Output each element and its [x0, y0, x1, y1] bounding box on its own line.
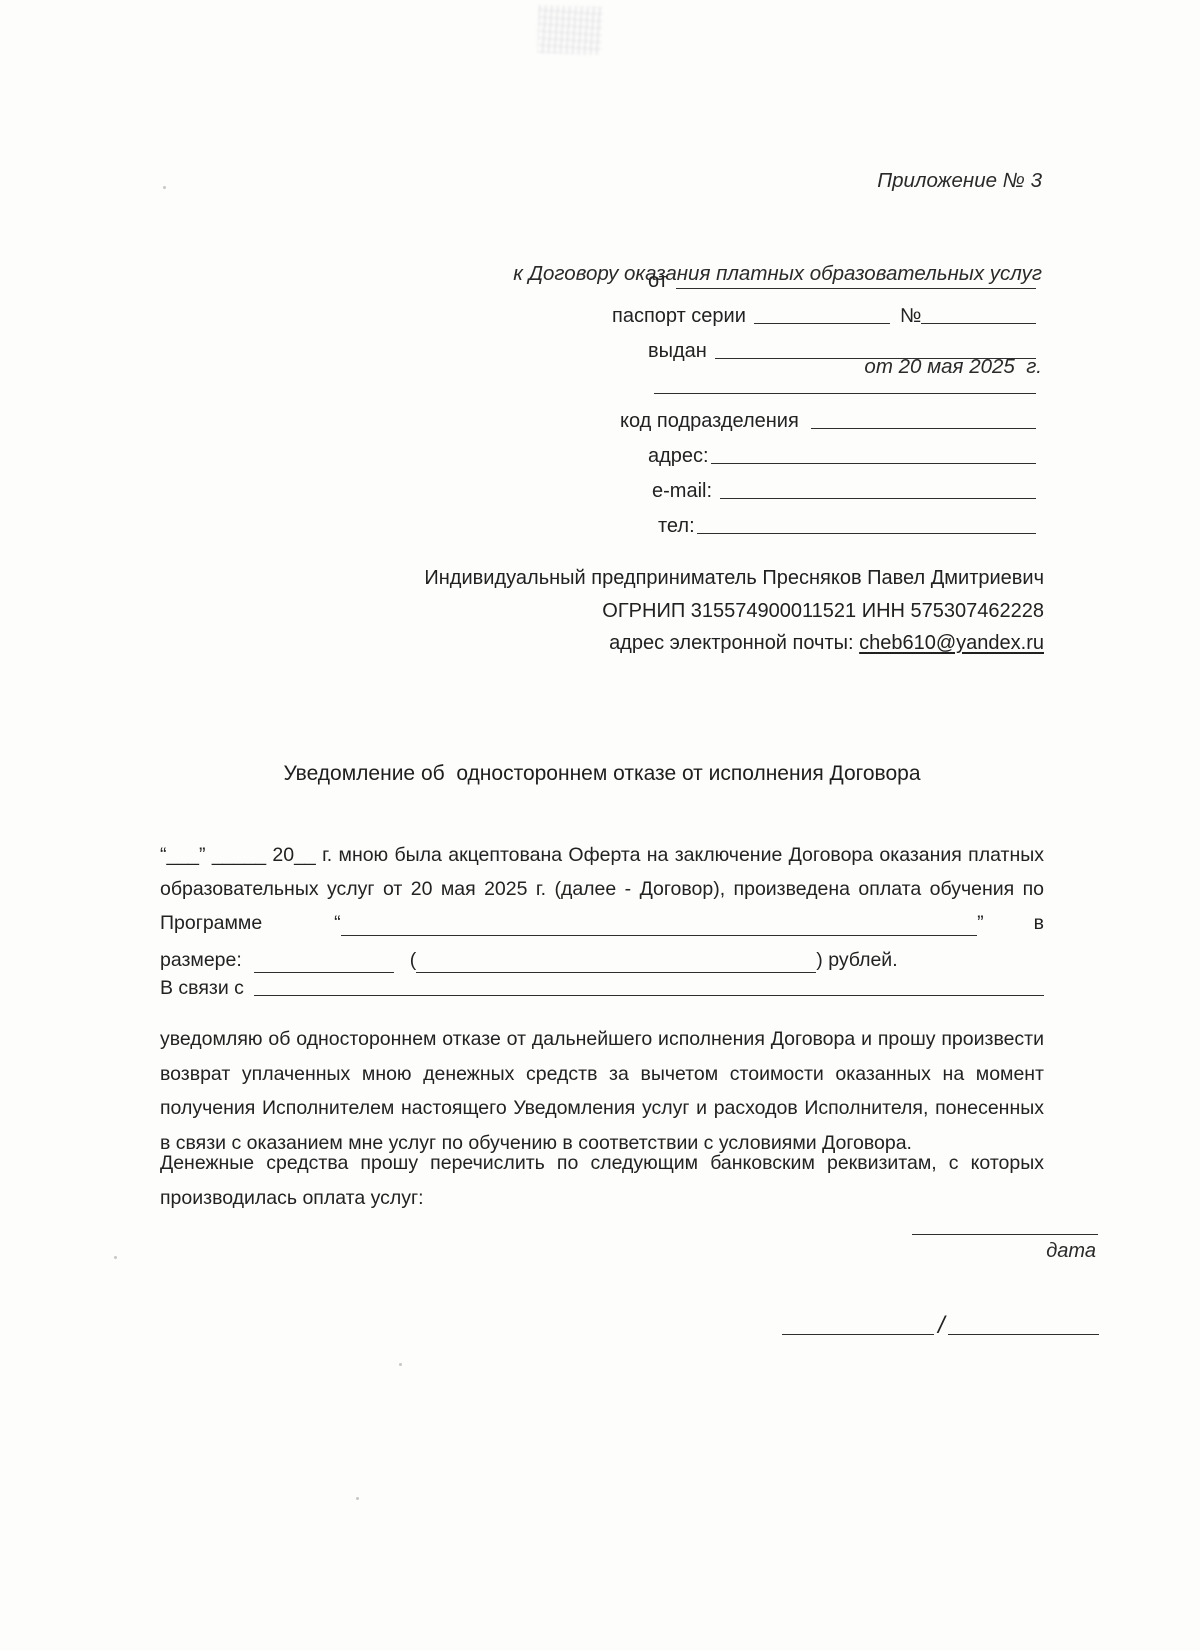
passport-series-blank-line	[754, 323, 890, 324]
applicant-form: от паспорт серии № выдан код подразделен…	[612, 258, 1036, 538]
reason-label: В связи с	[160, 977, 254, 1000]
scanned-document-page: Приложение № 3 к Договору оказания платн…	[0, 0, 1200, 1650]
signature-blank-line	[782, 1334, 934, 1335]
department-code-label: код подразделения	[620, 410, 811, 433]
passport-number-blank-line	[921, 323, 1036, 324]
signature-row: /	[782, 1314, 1099, 1335]
address-blank-line	[711, 463, 1036, 464]
provider-email-line: адрес электронной почты: cheb610@yandex.…	[424, 627, 1044, 660]
date-block: дата	[912, 1219, 1098, 1263]
provider-ogrnip-inn: ОГРНИП 315574900011521 ИНН 575307462228	[424, 595, 1044, 628]
programme-in-word: в	[1034, 906, 1044, 940]
email-label: e-mail:	[652, 480, 720, 503]
scan-speck	[114, 1256, 117, 1259]
department-code-blank-line	[811, 428, 1036, 429]
signature-name-blank-line	[948, 1334, 1099, 1335]
phone-blank-line	[697, 533, 1036, 534]
email-blank-line	[720, 498, 1036, 499]
issued-blank-line	[715, 358, 1036, 359]
passport-series-label: паспорт серии	[612, 305, 754, 328]
form-row-department-code: код подразделения	[612, 398, 1036, 433]
programme-label: Программе	[160, 906, 262, 940]
from-blank-line	[676, 288, 1036, 289]
form-row-passport: паспорт серии №	[612, 293, 1036, 328]
date-blank-line	[912, 1219, 1098, 1235]
provider-email-label: адрес электронной почты:	[609, 632, 859, 654]
form-row-from: от	[612, 258, 1036, 293]
paragraph-refusal: уведомляю об одностороннем отказе от дал…	[160, 1022, 1044, 1160]
paragraph-offer: “___” _____ 20__ г. мною была акцептован…	[160, 838, 1044, 977]
issued-label: выдан	[648, 340, 715, 363]
form-row-issued-continuation	[612, 363, 1036, 398]
provider-email: cheb610@yandex.ru	[859, 632, 1044, 654]
provider-name: Индивидуальный предприниматель Пресняков…	[424, 562, 1044, 595]
scan-artifact	[537, 5, 603, 55]
form-row-address: адрес:	[612, 433, 1036, 468]
scan-speck	[399, 1363, 402, 1366]
document-title: Уведомление об одностороннем отказе от и…	[160, 762, 1044, 786]
offer-intro-text: “___” _____ 20__ г. мною была акцептован…	[160, 838, 1044, 906]
form-row-phone: тел:	[612, 503, 1036, 538]
phone-label: тел:	[658, 515, 697, 538]
signature-slash: /	[938, 1315, 945, 1337]
scan-speck	[356, 1497, 359, 1500]
address-label: адрес:	[648, 445, 711, 468]
programme-row: Программе “ ” в	[160, 906, 1044, 940]
issued-continuation-blank-line	[654, 393, 1036, 394]
from-label: от	[648, 270, 676, 293]
reason-row: В связи с	[160, 966, 1044, 1000]
programme-blank-line	[341, 935, 977, 936]
provider-info: Индивидуальный предприниматель Пресняков…	[424, 562, 1044, 660]
paragraph-bank-details: Денежные средства прошу перечислить по с…	[160, 1146, 1044, 1216]
form-row-issued: выдан	[612, 328, 1036, 363]
passport-number-label: №	[890, 305, 921, 328]
programme-quote-close: ”	[977, 906, 984, 940]
scan-speck	[163, 186, 166, 189]
appendix-number-line: Приложение № 3	[513, 165, 1042, 196]
form-row-email: e-mail:	[612, 468, 1036, 503]
date-label: дата	[912, 1240, 1098, 1263]
reason-blank-line	[254, 995, 1044, 996]
